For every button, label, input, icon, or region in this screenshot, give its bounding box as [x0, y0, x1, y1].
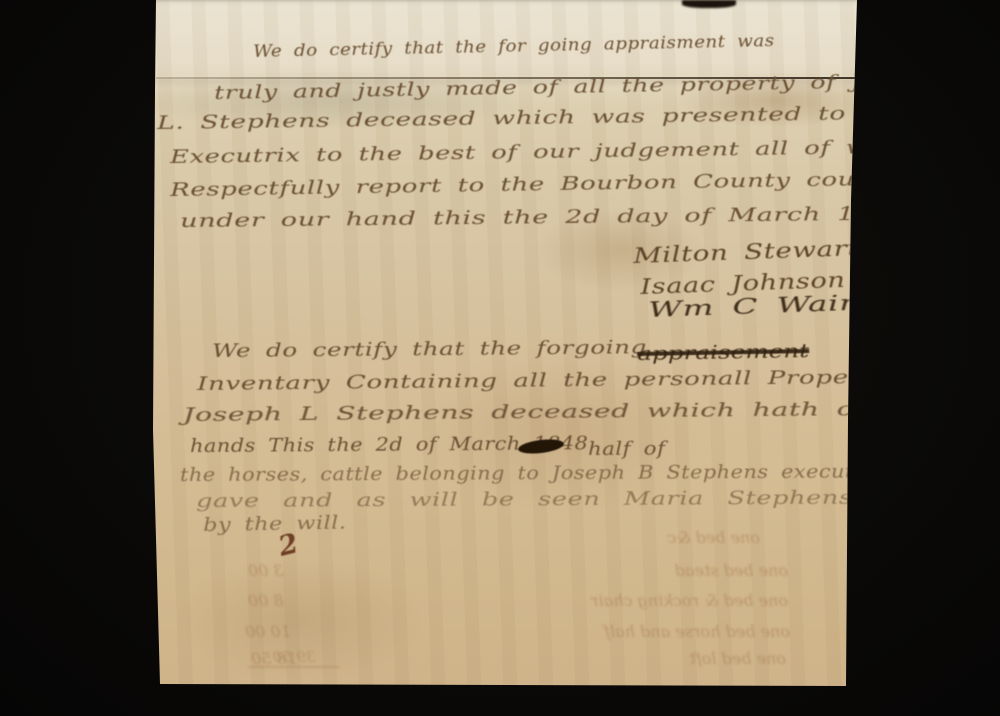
signature-wm-c-wair: Wm C Wair: [648, 293, 856, 321]
manuscript-line: Inventary Containing all the personall P…: [197, 367, 931, 394]
manuscript-line: half of: [588, 439, 665, 459]
bleed-through-line: one bed &c: [585, 528, 760, 547]
bleed-item: one bed &c: [667, 528, 760, 547]
photo-background: We do certify that the for going apprais…: [0, 0, 1000, 716]
bleed-item: one bed stead: [675, 561, 788, 580]
bleed-amount: 10 00: [245, 622, 291, 641]
manuscript-line: Respectfully report to the Bourbon Count…: [170, 168, 969, 200]
manuscript-line: We do certify that the forgoing: [212, 338, 647, 361]
signature-milton-stewart: Milton Stewart: [633, 238, 859, 267]
manuscript-line: Joseph L Stephens deceased which hath co…: [183, 399, 1000, 425]
bleed-through-line: one bed horse and half 10 00: [245, 622, 790, 641]
bleed-through-line: one bed stead 3 00: [248, 561, 788, 580]
manuscript-line: the horses, cattle belonging to Joseph B…: [180, 462, 877, 485]
manuscript-line: under our hand this the 2d day of March …: [180, 204, 909, 231]
manuscript-line: gave and as will be seen Maria Stephens: [196, 489, 853, 511]
manuscript-paper: We do certify that the for going apprais…: [0, 0, 1000, 716]
manuscript-line: L. Stephens deceased which was presented…: [157, 102, 1000, 133]
manuscript-line: Executrix to the best of our judgement a…: [170, 137, 981, 167]
bleed-through-total: 39 50: [248, 648, 340, 668]
manuscript-line: We do certify that the for going apprais…: [253, 33, 775, 61]
bleed-item: one bed loft: [689, 649, 786, 668]
bleed-amount: 3 00: [248, 561, 284, 580]
bleed-item: one bed horse and half: [604, 622, 790, 641]
bleed-through-line: one bed & rocking chair 8 00: [248, 591, 788, 610]
bleed-item: one bed & rocking chair: [591, 591, 788, 610]
bleed-amount: 8 00: [248, 591, 284, 610]
ink-blot-top-edge: [682, 0, 736, 8]
struck-word-appraisement: appraisement: [637, 340, 809, 365]
